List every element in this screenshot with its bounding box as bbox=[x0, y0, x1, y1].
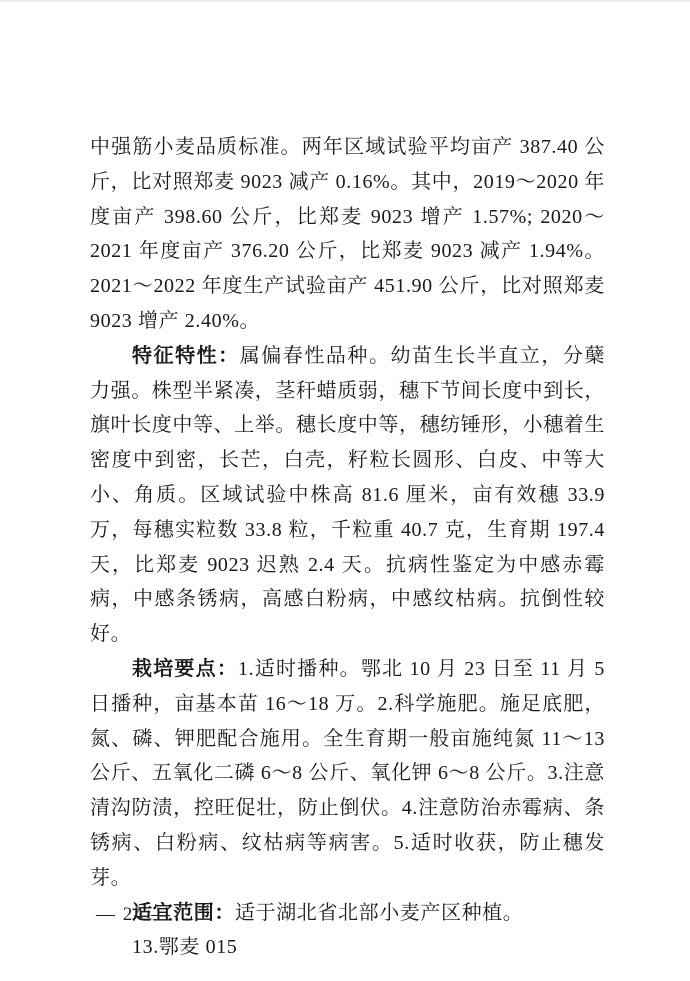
text-run: 属偏春性品种。幼苗生长半直立，分蘖力强。株型半紧凑，茎秆蜡质弱，穗下节间长度中到… bbox=[90, 345, 605, 645]
document-body: 中强筋小麦品质标准。两年区域试验平均亩产 387.40 公斤，比对照郑麦 902… bbox=[90, 130, 605, 965]
text-run: 1.适时播种。鄂北 10 月 23 日至 11 月 5 日播种，亩基本苗 16～… bbox=[90, 658, 605, 889]
page-number: — 24 — bbox=[96, 904, 172, 926]
section-heading: 栽培要点： bbox=[132, 658, 238, 680]
text-run: 中强筋小麦品质标准。两年区域试验平均亩产 387.40 公斤，比对照郑麦 902… bbox=[90, 136, 605, 332]
paragraph: 特征特性：属偏春性品种。幼苗生长半直立，分蘖力强。株型半紧凑，茎秆蜡质弱，穗下节… bbox=[90, 339, 605, 652]
paragraph: 栽培要点：1.适时播种。鄂北 10 月 23 日至 11 月 5 日播种，亩基本… bbox=[90, 652, 605, 896]
paragraph: 13.鄂麦 015 bbox=[90, 930, 605, 965]
text-run: 13.鄂麦 015 bbox=[132, 936, 237, 958]
document-page: 中强筋小麦品质标准。两年区域试验平均亩产 387.40 公斤，比对照郑麦 902… bbox=[0, 0, 690, 981]
section-heading: 特征特性： bbox=[132, 345, 240, 367]
paragraph: 中强筋小麦品质标准。两年区域试验平均亩产 387.40 公斤，比对照郑麦 902… bbox=[90, 130, 605, 339]
text-run: 适于湖北省北部小麦产区种植。 bbox=[235, 902, 523, 924]
